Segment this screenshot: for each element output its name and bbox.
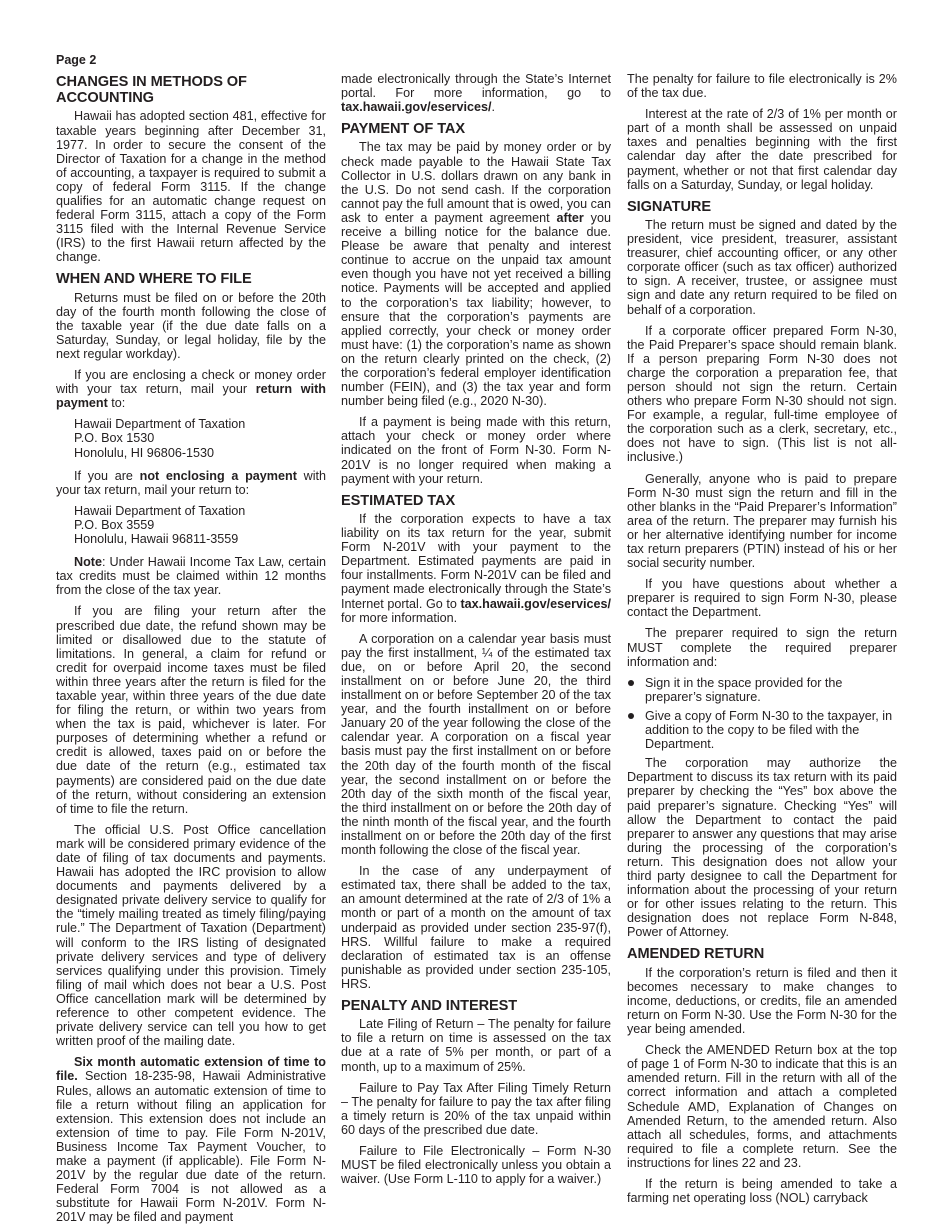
column-1: CHANGES IN METHODS OF ACCOUNTING Hawaii … <box>56 74 326 1230</box>
paragraph-mail-without-payment: If you are not enclosing a payment with … <box>56 469 326 497</box>
paragraph-post-office-mark: The official U.S. Post Office cancellati… <box>56 823 326 1049</box>
paragraph-underpayment: In the case of any underpayment of estim… <box>341 864 611 991</box>
heading-changes-in-methods-of-accounting: CHANGES IN METHODS OF ACCOUNTING <box>56 74 326 106</box>
paragraph-amended-checkbox: Check the AMENDED Return box at the top … <box>627 1043 897 1170</box>
paragraph-amended-filing: If the corporation’s return is filed and… <box>627 966 897 1036</box>
paragraph-payment-with-return: If a payment is being made with this ret… <box>341 415 611 485</box>
heading-penalty-and-interest: PENALTY AND INTEREST <box>341 998 611 1014</box>
heading-signature: SIGNATURE <box>627 199 897 215</box>
paragraph-payment-method: The tax may be paid by money order or by… <box>341 140 611 408</box>
list-item: Give a copy of Form N-30 to the taxpayer… <box>627 709 897 751</box>
paragraph-preparer-requirements: The preparer required to sign the return… <box>627 626 897 668</box>
paragraph-third-party-designee: The corporation may authorize the Depart… <box>627 756 897 939</box>
heading-when-and-where-to-file: WHEN AND WHERE TO FILE <box>56 271 326 287</box>
paragraph-late-filing: Late Filing of Return – The penalty for … <box>341 1017 611 1073</box>
paragraph-estimated-tax-liability: If the corporation expects to have a tax… <box>341 512 611 625</box>
paragraph-changes-accounting: Hawaii has adopted section 481, effectiv… <box>56 109 326 264</box>
paragraph-preparer-questions: If you have questions about whether a pr… <box>627 577 897 619</box>
paragraph-filing-deadline: Returns must be filed on or before the 2… <box>56 291 326 361</box>
paragraph-paid-preparer-sign: Generally, anyone who is paid to prepare… <box>627 472 897 571</box>
bullet-icon <box>628 713 634 719</box>
heading-amended-return: AMENDED RETURN <box>627 946 897 962</box>
paragraph-note-tax-credits: Note: Under Hawaii Income Tax Law, certa… <box>56 555 326 597</box>
address-without-payment: Hawaii Department of Taxation P.O. Box 3… <box>74 504 326 546</box>
preparer-requirements-list: Sign it in the space provided for the pr… <box>627 676 897 751</box>
paragraph-extension-continued: made electronically through the State’s … <box>341 72 611 114</box>
paragraph-paid-preparer-blank: If a corporate officer prepared Form N-3… <box>627 324 897 465</box>
page-number-label: Page 2 <box>56 53 96 67</box>
list-item: Sign it in the space provided for the pr… <box>627 676 897 704</box>
paragraph-failure-to-pay: Failure to Pay Tax After Filing Timely R… <box>341 1081 611 1137</box>
paragraph-electronic-penalty: The penalty for failure to file electron… <box>627 72 897 100</box>
paragraph-nol-carryback: If the return is being amended to take a… <box>627 1177 897 1205</box>
paragraph-signing-officers: The return must be signed and dated by t… <box>627 218 897 317</box>
paragraph-installment-schedule: A corporation on a calendar year basis m… <box>341 632 611 858</box>
heading-estimated-tax: ESTIMATED TAX <box>341 493 611 509</box>
column-3: The penalty for failure to file electron… <box>627 72 897 1212</box>
heading-payment-of-tax: PAYMENT OF TAX <box>341 121 611 137</box>
paragraph-interest-rate: Interest at the rate of 2/3 of 1% per mo… <box>627 107 897 192</box>
column-2: made electronically through the State’s … <box>341 72 611 1193</box>
paragraph-failure-to-file-electronically: Failure to File Electronically – Form N-… <box>341 1144 611 1186</box>
paragraph-refund-limitations: If you are filing your return after the … <box>56 604 326 815</box>
paragraph-mail-with-payment: If you are enclosing a check or money or… <box>56 368 326 410</box>
paragraph-automatic-extension: Six month automatic extension of time to… <box>56 1055 326 1224</box>
bullet-icon <box>628 680 634 686</box>
address-with-payment: Hawaii Department of Taxation P.O. Box 1… <box>74 417 326 459</box>
